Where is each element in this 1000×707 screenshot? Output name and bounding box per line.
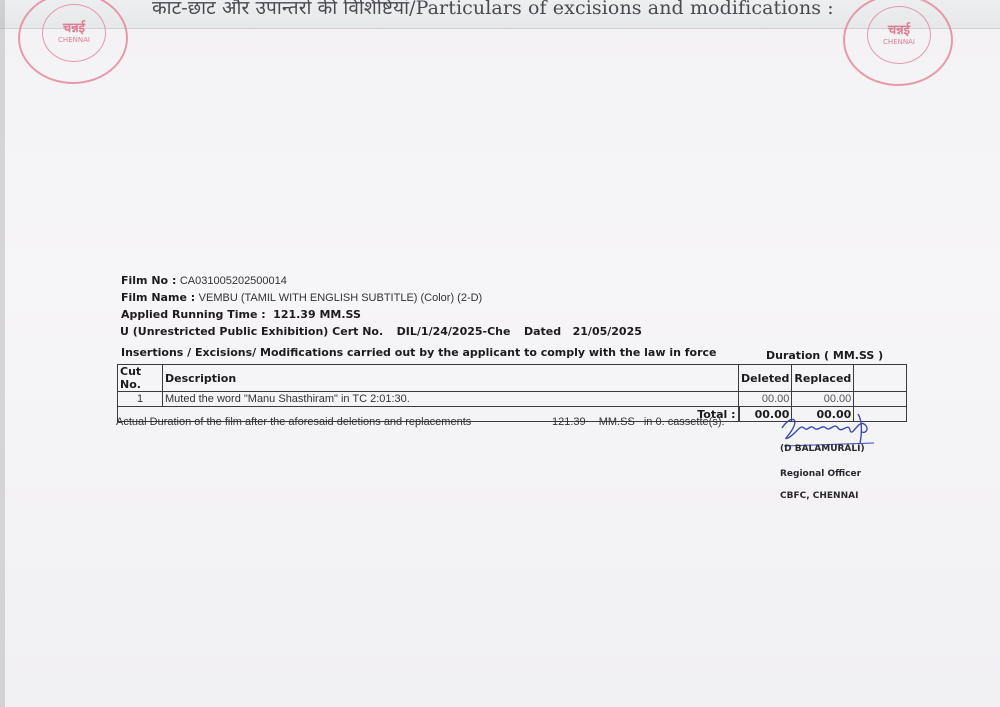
col-description: Description bbox=[163, 365, 739, 392]
cert-row: U (Unrestricted Public Exhibition) Cert … bbox=[120, 325, 642, 338]
stamp-seal-icon: चन्नई CHENNAI bbox=[867, 6, 931, 64]
scan-edge bbox=[0, 0, 5, 707]
actual-duration-value: 121.39 bbox=[552, 416, 586, 428]
film-name-row: Film Name : VEMBU (TAMIL WITH ENGLISH SU… bbox=[121, 291, 482, 304]
running-time-value: 121.39 MM.SS bbox=[273, 308, 361, 321]
cell-replaced: 00.00 bbox=[792, 392, 854, 407]
dated-label: Dated bbox=[524, 325, 561, 338]
officer-office: CBFC, CHENNAI bbox=[780, 491, 858, 501]
cert-value: DIL/1/24/2025-Che bbox=[397, 325, 511, 338]
cbfc-stamp-left: चन्नई CHENNAI bbox=[18, 0, 128, 84]
cell-cut-no: 1 bbox=[118, 392, 163, 407]
actual-duration-value-row: 121.39 MM.SS in 0. cassette(s). bbox=[552, 416, 725, 428]
actual-duration-unit: MM.SS bbox=[599, 416, 635, 428]
table-header-row: Cut No. Description Deleted Replaced bbox=[118, 365, 907, 392]
cell-empty bbox=[854, 392, 907, 407]
stamp-seal-icon: चन्नई CHENNAI bbox=[42, 4, 106, 62]
running-time-row: Applied Running Time : 121.39 MM.SS bbox=[121, 308, 361, 321]
film-no-row: Film No : CA031005202500014 bbox=[121, 274, 287, 287]
cell-description: Muted the word "Manu Shasthiram" in TC 2… bbox=[163, 392, 739, 407]
stamp-english-text: CHENNAI bbox=[58, 36, 90, 45]
officer-name: (D BALAMURALI) bbox=[780, 444, 865, 454]
stamp-hindi-text: चन्नई bbox=[888, 24, 910, 38]
stamp-hindi-text: चन्नई bbox=[63, 22, 85, 36]
table-row: 1 Muted the word "Manu Shasthiram" in TC… bbox=[118, 392, 907, 407]
col-replaced: Replaced bbox=[792, 365, 854, 392]
film-name-label: Film Name : bbox=[121, 291, 195, 304]
film-name-value: VEMBU (TAMIL WITH ENGLISH SUBTITLE) (Col… bbox=[199, 292, 483, 304]
cassette-count: in 0. cassette(s). bbox=[644, 416, 725, 428]
page-title: काट-छाट और उपान्तरों की विशिष्टियां/Part… bbox=[152, 0, 832, 20]
duration-header: Duration ( MM.SS ) bbox=[766, 349, 883, 362]
cell-deleted: 00.00 bbox=[739, 392, 792, 407]
dated-value: 21/05/2025 bbox=[573, 325, 642, 338]
actual-duration-label: Actual Duration of the film after the af… bbox=[116, 416, 471, 428]
col-deleted: Deleted bbox=[739, 365, 792, 392]
col-empty bbox=[854, 365, 907, 392]
col-cut-no: Cut No. bbox=[118, 365, 163, 392]
officer-title: Regional Officer bbox=[780, 469, 861, 479]
cbfc-stamp-right: चन्नई CHENNAI bbox=[843, 0, 953, 86]
film-no-label: Film No : bbox=[121, 274, 176, 287]
running-time-label: Applied Running Time : bbox=[121, 308, 266, 321]
cert-label: U (Unrestricted Public Exhibition) Cert … bbox=[120, 325, 383, 338]
stamp-english-text: CHENNAI bbox=[883, 38, 915, 47]
film-no-value: CA031005202500014 bbox=[180, 275, 287, 287]
cuts-heading: Insertions / Excisions/ Modifications ca… bbox=[121, 346, 717, 359]
